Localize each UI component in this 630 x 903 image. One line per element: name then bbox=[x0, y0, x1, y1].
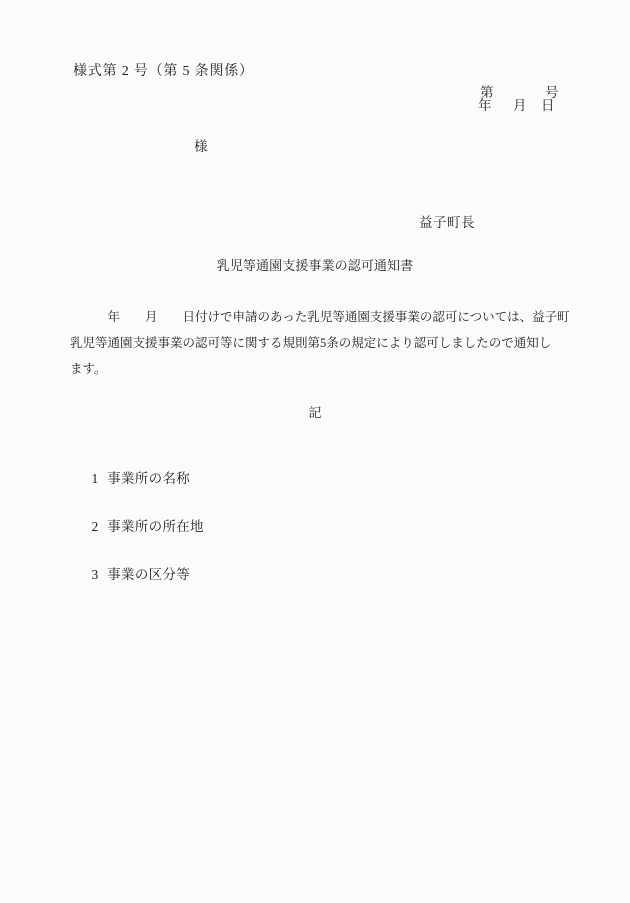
notification-document-page: 様式第 2 号（第 5 条関係） 第 号 年 月 日 様 益子町長 乳児等通園支… bbox=[0, 0, 630, 903]
item-number: 1 bbox=[92, 470, 99, 487]
body-paragraph-line: ます。 bbox=[70, 361, 107, 378]
form-number: 様式第 2 号（第 5 条関係） bbox=[73, 63, 254, 80]
date-month-label: 月 bbox=[513, 97, 527, 114]
list-item-business-location: 2事業所の所在地 bbox=[78, 501, 204, 552]
body-paragraph-line: 年 月 日付けで申請のあった乳児等通園支援事業の認可については、益子町 bbox=[70, 309, 570, 326]
item-label: 事業の区分等 bbox=[107, 566, 190, 583]
sender-name: 益子町長 bbox=[419, 214, 475, 231]
item-number: 2 bbox=[92, 518, 99, 535]
date-year-label: 年 bbox=[478, 97, 492, 114]
date-day-label: 日 bbox=[541, 97, 555, 114]
document-title: 乳児等通園支援事業の認可通知書 bbox=[0, 257, 630, 274]
list-marker-ki: 記 bbox=[0, 404, 630, 421]
addressee-honorific: 様 bbox=[194, 138, 208, 155]
item-label: 事業所の所在地 bbox=[107, 518, 204, 535]
item-number: 3 bbox=[92, 566, 99, 583]
list-item-business-name: 1事業所の名称 bbox=[78, 453, 190, 504]
item-label: 事業所の名称 bbox=[107, 470, 190, 487]
list-item-business-category: 3事業の区分等 bbox=[78, 549, 190, 600]
body-paragraph-line: 乳児等通園支援事業の認可等に関する規則第5条の規定により認可しましたので通知し bbox=[70, 335, 551, 352]
